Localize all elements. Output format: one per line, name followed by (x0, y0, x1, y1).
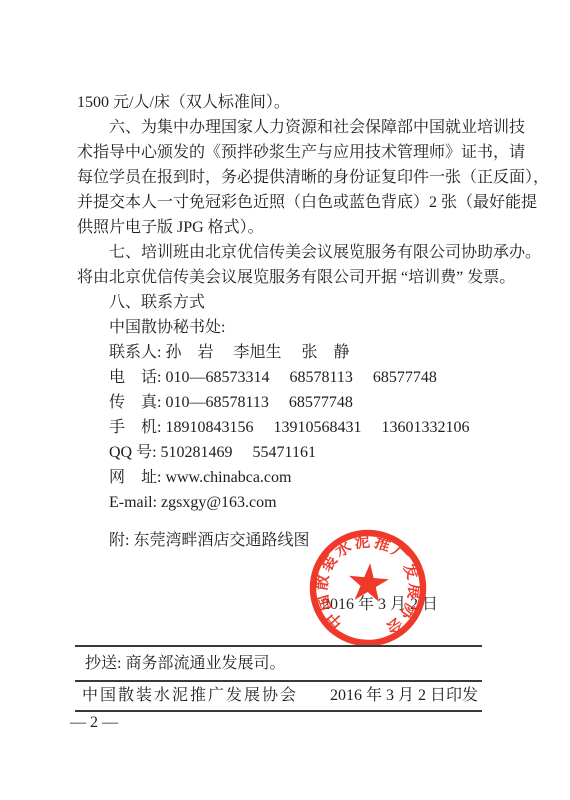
document-line: 七、培训班由北京优信传美会议展览服务有限公司协助承办。 (77, 240, 517, 265)
document-page: 1500 元/人/床（双人标准间）。六、为集中办理国家人力资源和社会保障部中国就… (0, 0, 570, 800)
document-line: 网 址: www.chinabca.com (77, 465, 517, 490)
document-line: 传 真: 010—68578113 68577748 (77, 390, 517, 415)
document-line: 中国散协秘书处: (77, 315, 517, 340)
footer-divider-middle (75, 680, 482, 682)
document-line: 并提交本人一寸免冠彩色近照（白色或蓝色背底）2 张（最好能提 (77, 190, 517, 215)
document-line: 1500 元/人/床（双人标准间）。 (77, 90, 517, 115)
print-date: 2016 年 3 月 2 日印发 (330, 684, 478, 708)
footer-divider-bottom (75, 710, 482, 712)
document-line: E-mail: zgsxgy@163.com (77, 490, 517, 515)
document-line: 联系人: 孙 岩 李旭生 张 静 (77, 340, 517, 365)
document-line: 术指导中心颁发的《预拌砂浆生产与应用技术管理师》证书，请 (77, 140, 517, 165)
document-line: QQ 号: 510281469 55471161 (77, 440, 517, 465)
document-body: 1500 元/人/床（双人标准间）。六、为集中办理国家人力资源和社会保障部中国就… (77, 90, 517, 515)
document-line: 供照片电子版 JPG 格式）。 (77, 215, 517, 240)
document-line: 将由北京优信传美会议展览服务有限公司开据 “培训费” 发票。 (77, 265, 517, 290)
cc-line: 抄送: 商务部流通业发展司。 (85, 651, 285, 676)
page-number: — 2 — (70, 711, 118, 735)
document-line: 手 机: 18910843156 13910568431 13601332106 (77, 415, 517, 440)
footer-divider-top (75, 645, 482, 647)
document-line: 六、为集中办理国家人力资源和社会保障部中国就业培训技 (77, 115, 517, 140)
attachment-note: 附: 东莞湾畔酒店交通路线图 (109, 528, 309, 553)
publisher-row: 中国散装水泥推广发展协会 2016 年 3 月 2 日印发 (75, 684, 482, 708)
red-seal-stamp-icon: 中国散装水泥推广发展协会 (303, 523, 433, 653)
publisher-name: 中国散装水泥推广发展协会 (82, 684, 298, 708)
document-line: 每位学员在报到时，务必提供清晰的身份证复印件一张（正反面）， (77, 165, 517, 190)
document-line: 电 话: 010—68573314 68578113 68577748 (77, 365, 517, 390)
document-line: 八、联系方式 (77, 290, 517, 315)
star-icon (347, 561, 390, 602)
